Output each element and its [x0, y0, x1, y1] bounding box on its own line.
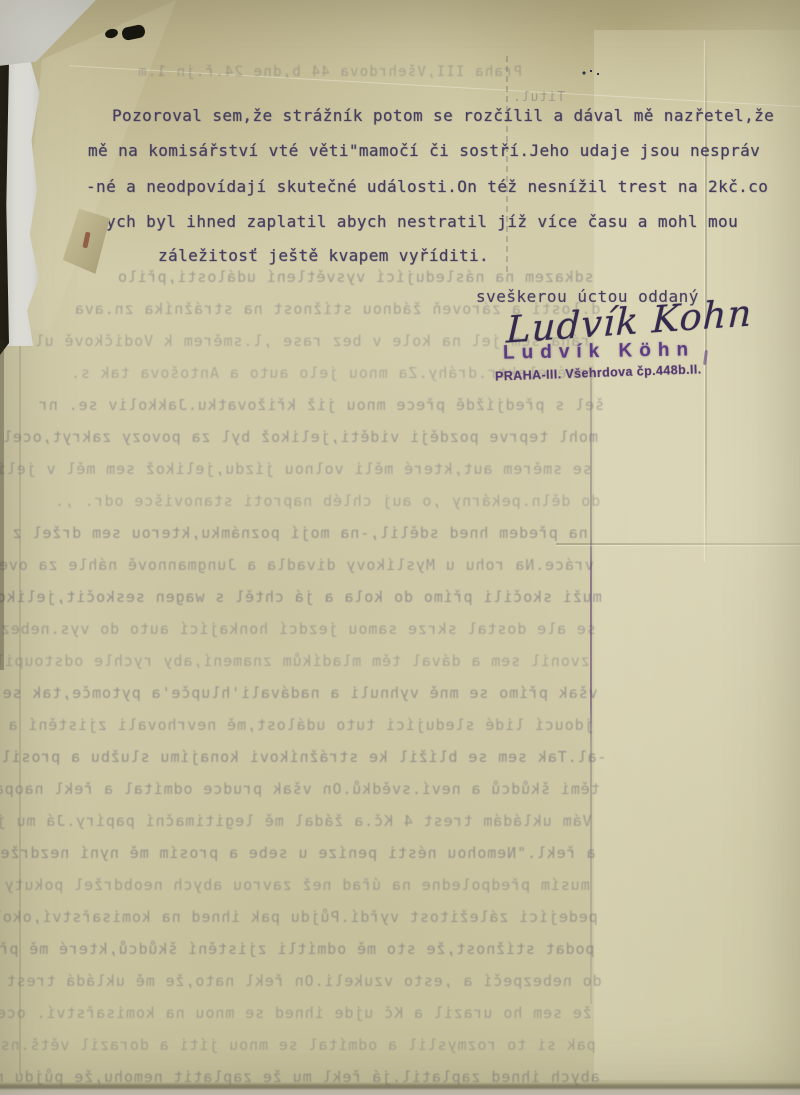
paper-crease-horizontal — [556, 543, 800, 545]
bleedthrough-line: do děln.pekárny ,o auj chléb naproti sta… — [54, 492, 600, 510]
bleedthrough-line: mohl teprve později viděti,jelikož byl z… — [2, 428, 598, 446]
typed-line: mě na komisářství vté věti"mamočí či sos… — [88, 141, 760, 160]
typed-line: záležitosť ještě kvapem vyříditi. — [158, 246, 489, 265]
scan-bottom-edge — [0, 1082, 800, 1095]
bleedthrough-line: zvonil sem a dával těm mladíkům znamení,… — [0, 652, 590, 670]
typed-line: bych byl ihned zaplatil abych nestratil … — [96, 212, 738, 231]
bleedthrough-line: jdoucí lidé sledujíci tuto událost,mě ne… — [0, 716, 594, 734]
bleedthrough-line: musím předpoledne na úřad než zavrou aby… — [0, 876, 590, 894]
bleedthrough-line: -al.Tak sem se blížil ke strážníkovi kon… — [0, 748, 606, 766]
bleedthrough-line: se ale dostal skrze samou jezdcí honkají… — [0, 620, 596, 638]
bleedthrough-line: Vám ukládám trest 4 Kč.a žádal mě legiti… — [0, 812, 592, 830]
bleedthrough-line: však přímo se mně vyhnuli a nadávali'hlu… — [0, 684, 598, 702]
paper-crease-vertical — [19, 330, 21, 1075]
paper-crease-vertical — [590, 378, 592, 1004]
paper-crease-diagonal — [69, 5, 800, 107]
bleedthrough-header-line: Praha III,Všehrdova 44 b,dne 24.ř.jn 1.m — [137, 64, 522, 80]
ink-smudge — [580, 68, 604, 78]
bleedthrough-line: a řekl."Nemohou nésti peníze u sebe a pr… — [0, 844, 596, 862]
stamp-name: Ludvík Köhn — [503, 339, 695, 364]
page-edge-shadow — [0, 340, 4, 670]
typed-line: Pozoroval sem,že strážník potom se rozčí… — [112, 106, 774, 125]
typed-line: -né a neodpovídají skutečné události.On … — [86, 177, 768, 196]
bleedthrough-line: šel s předjíždě přece mnou již křižovatk… — [38, 396, 604, 414]
bleedthrough-line: sdkazem na následující vysvětlení událos… — [117, 268, 594, 286]
bleedthrough-titul-line: Titul. — [512, 90, 565, 105]
bleedthrough-line: že sem ho urazil a Kč ujde ihned se mnou… — [0, 1004, 592, 1022]
bleedthrough-line: pak si to rozmyslil a odmítal se mnou jí… — [0, 1036, 596, 1054]
bleedthrough-line: podat stížnost,že sto mě odmítli zjistěn… — [0, 940, 594, 958]
bleedthrough-line: těmi škůdců a neví.svědků.On však prudce… — [0, 780, 600, 798]
bleedthrough-line: do nebezpečí a ,esto vzukeli.On řekl nat… — [0, 972, 602, 990]
bleedthrough-line: muži skočili přímo do kola a já chtěl s … — [0, 588, 602, 606]
scanned-letter-page: Praha III,Všehrdova 44 b,dne 24.ř.jn 1.m… — [0, 0, 800, 1095]
bleedthrough-line: pedejíci záležitost vyřdí.Půjdu pak ihne… — [0, 908, 598, 926]
paper-crease-vertical — [506, 56, 508, 272]
bleedthrough-line: se směrem aut,které měli volnou jízdu,je… — [0, 460, 592, 478]
bleedthrough-line: na předem hned sdělil,-na mojí poznámku,… — [0, 524, 588, 542]
bleedthrough-line: vráce.Na rohu u Myslíkovy divadla a Jung… — [0, 556, 594, 574]
